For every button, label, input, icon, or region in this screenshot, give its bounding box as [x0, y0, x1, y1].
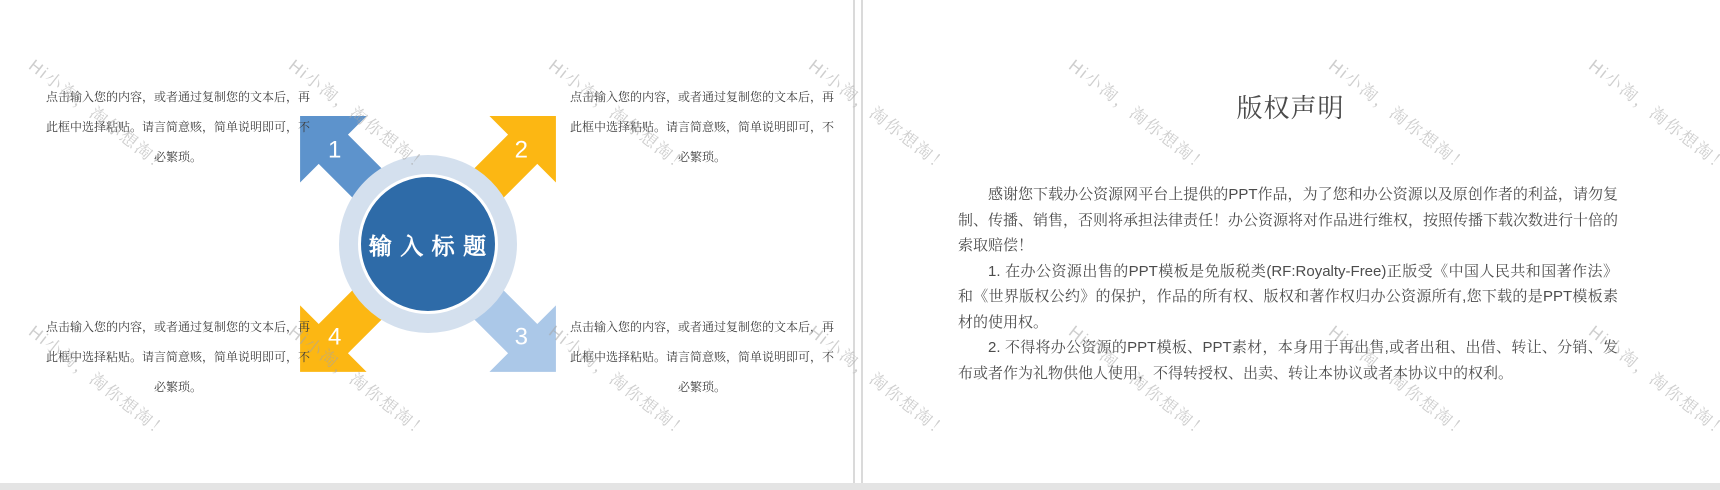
diagram-text-block-bottom-right: 点击输入您的内容，或者通过复制您的文本后，再此框中选择粘贴。请言简意赅，简单说明… [569, 312, 835, 402]
copyright-paragraph-1: 感谢您下载办公资源网平台上提供的PPT作品，为了您和办公资源以及原创作者的利益，… [958, 182, 1618, 259]
arrow-number: 3 [474, 322, 568, 352]
diagram-text-block-bottom-left: 点击输入您的内容，或者通过复制您的文本后，再此框中选择粘贴。请言简意赅，简单说明… [45, 312, 311, 402]
four-arrow-diagram: 点击输入您的内容，或者通过复制您的文本后，再此框中选择粘贴。请言简意赅，简单说明… [0, 0, 853, 483]
slides-preview: 点击输入您的内容，或者通过复制您的文本后，再此框中选择粘贴。请言简意赅，简单说明… [0, 0, 1720, 490]
bottom-bar [0, 483, 1720, 490]
copyright-paragraph-3: 2. 不得将办公资源的PPT模板、PPT素材，本身用于再出售,或者出租、出借、转… [958, 335, 1618, 386]
copyright-body: 感谢您下载办公资源网平台上提供的PPT作品，为了您和办公资源以及原创作者的利益，… [958, 182, 1618, 386]
slide-diagram: 点击输入您的内容，或者通过复制您的文本后，再此框中选择粘贴。请言简意赅，简单说明… [0, 0, 855, 483]
diagram-center-title: 输 入 标 题 [369, 228, 487, 261]
slide-copyright: 版权声明 感谢您下载办公资源网平台上提供的PPT作品，为了您和办公资源以及原创作… [861, 0, 1718, 483]
diagram-text-block-top-left: 点击输入您的内容，或者通过复制您的文本后，再此框中选择粘贴。请言简意赅，简单说明… [45, 82, 311, 172]
diagram-center-circle: 输 入 标 题 [358, 174, 498, 314]
copyright-title: 版权声明 [863, 88, 1718, 125]
copyright-paragraph-2: 1. 在办公资源出售的PPT模板是免版税类(RF:Royalty-Free)正版… [958, 259, 1618, 336]
diagram-text-block-top-right: 点击输入您的内容，或者通过复制您的文本后，再此框中选择粘贴。请言简意赅，简单说明… [569, 82, 835, 172]
arrow-number: 2 [474, 136, 568, 166]
